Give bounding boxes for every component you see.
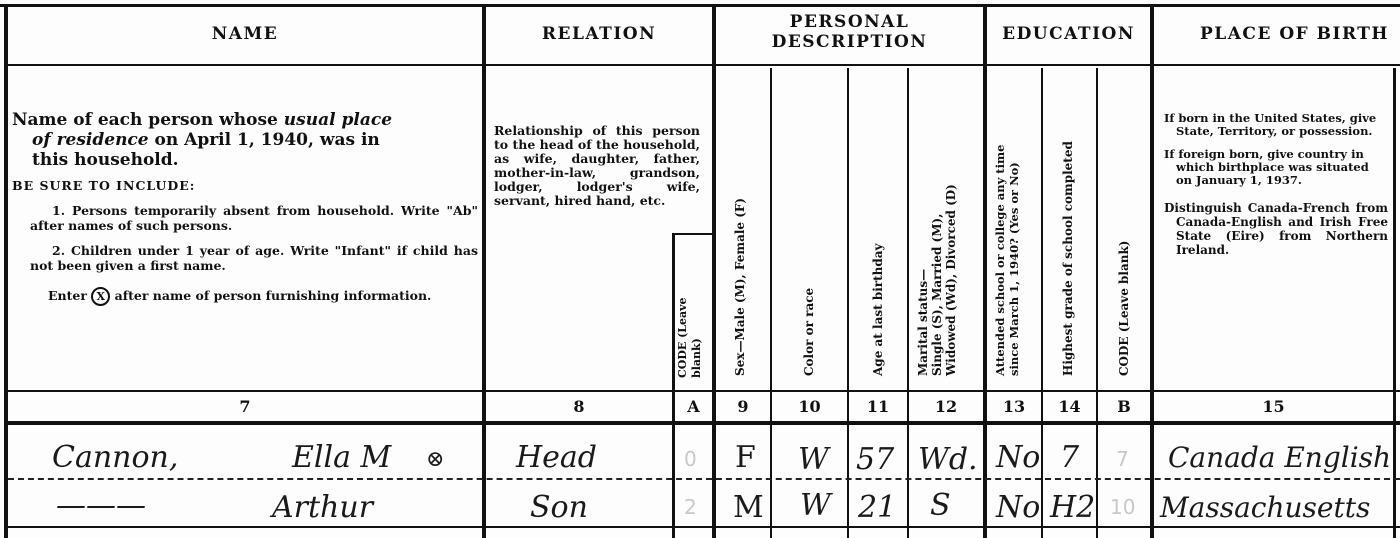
colnum-9: 9 [716,393,770,421]
row1-age: 57 [856,442,894,478]
code-b-header: CODE (Leave blank) [1117,198,1131,376]
row1-color: W [798,442,829,478]
divider-attended-grade [1041,68,1043,538]
birthplace-us-instr: If born in the United States, give State… [1164,112,1388,138]
group-title-relation: RELATION [486,24,712,44]
row1-surname: Cannon, [52,440,178,476]
row1-birthplace: Canada English [1168,440,1391,476]
relation-instructions: Relationship of this person to the head … [494,124,700,208]
row1-marital: Wd. [918,442,978,478]
group-title-place-of-birth: PLACE OF BIRTH [1154,24,1400,44]
informant-mark-icon: ⊗ [426,442,444,478]
colnum-15: 15 [1154,393,1393,421]
colnum-b: B [1098,393,1150,421]
row2-marital: S [930,488,951,524]
row2-relation: Son [530,490,588,526]
include-item-1: 1. Persons temporarily absent from house… [12,203,478,233]
highest-grade-header: Highest grade of school completed [1061,92,1075,376]
row2-code-b: 10 [1110,492,1135,522]
top-border [0,4,1400,7]
divider-color-age [847,68,849,538]
color-header: Color or race [802,250,816,376]
row1-code-b: 7 [1116,444,1129,474]
colnum-11: 11 [849,393,907,421]
divider-code-a [672,234,675,538]
name-instr-emphasis: usual place [284,110,392,130]
group-title-name: NAME [8,24,482,44]
birthplace-distinguish-instr: Distinguish Canada-French from Canada-En… [1164,201,1388,257]
divider-education-birth [1150,4,1154,538]
row1-grade: 7 [1060,440,1079,476]
name-instructions: Name of each person whose usual place of… [12,110,478,306]
name-instruction-main: Name of each person whose usual place of… [12,110,478,170]
divider-sex-color [770,68,772,538]
colnum-13: 13 [987,393,1041,421]
divider-name-relation [482,4,486,538]
informant-prefix: Enter [48,288,87,303]
name-instr-text-3: this household. [12,150,179,170]
group-title-education: EDUCATION [987,24,1150,44]
colnum-7: 7 [8,393,482,421]
row2-color: W [800,488,831,524]
divider-birth-right [1393,68,1396,538]
row2-surname-ditto: ——— [56,488,146,524]
colnum-10: 10 [772,393,847,421]
birthplace-foreign-instr: If foreign born, give country in which b… [1164,148,1388,187]
header-rule [4,64,1400,66]
row2-code-a: 2 [684,492,697,522]
group-title-personal: PERSONAL DESCRIPTION [716,12,983,52]
row1-relation: Head [516,440,597,476]
row1-given-name: Ella M [292,440,391,476]
row-half-rule [8,478,1400,480]
divider-relation-personal [712,4,716,538]
divider-grade-codeb [1096,68,1098,538]
column-number-rule-bottom [4,421,1400,425]
name-instr-emphasis-2: of residence [12,130,149,150]
informant-instruction: Enter X after name of person furnishing … [12,287,478,306]
sex-header: Sex—Male (M), Female (F) [733,150,747,376]
circled-x-icon: X [91,287,110,306]
informant-suffix: after name of person furnishing informat… [115,288,432,303]
name-instr-text-2: on April 1, 1940, was in [155,130,380,150]
colnum-a: A [675,393,712,421]
divider-age-marital [907,68,909,538]
age-header: Age at last birthday [871,200,885,376]
row1-attended: No [996,440,1040,476]
census-form-sheet: NAME RELATION PERSONAL DESCRIPTION EDUCA… [0,0,1400,538]
attended-school-header: Attended school or college any time sinc… [993,72,1021,376]
column-number-rule-top [4,390,1400,392]
colnum-12: 12 [909,393,983,421]
divider-personal-education [983,4,987,538]
row2-grade: H2 [1050,490,1095,526]
row1-sex: F [735,440,756,476]
row2-age: 21 [858,490,896,526]
include-item-2: 2. Children under 1 year of age. Write "… [12,243,478,273]
name-instr-text: Name of each person whose [12,110,278,130]
group-title-personal-line1: PERSONAL [716,12,983,32]
birthplace-instructions: If born in the United States, give State… [1164,112,1388,257]
colnum-14: 14 [1043,393,1096,421]
row2-attended: No [996,490,1040,526]
colnum-8: 8 [486,393,672,421]
row2-sex: M [733,490,764,526]
row2-given-name: Arthur [272,490,373,526]
divider-left [4,4,8,538]
row-rule [4,526,1400,528]
be-sure-heading: BE SURE TO INCLUDE: [12,178,478,193]
marital-header: Marital status— Single (S), Married (M),… [916,120,958,376]
row1-code-a: 0 [684,444,697,474]
code-a-top [672,233,714,235]
code-a-header: CODE (Leave blank) [676,250,704,378]
row2-birthplace: Massachusetts [1160,490,1370,526]
group-title-personal-line2: DESCRIPTION [716,32,983,52]
